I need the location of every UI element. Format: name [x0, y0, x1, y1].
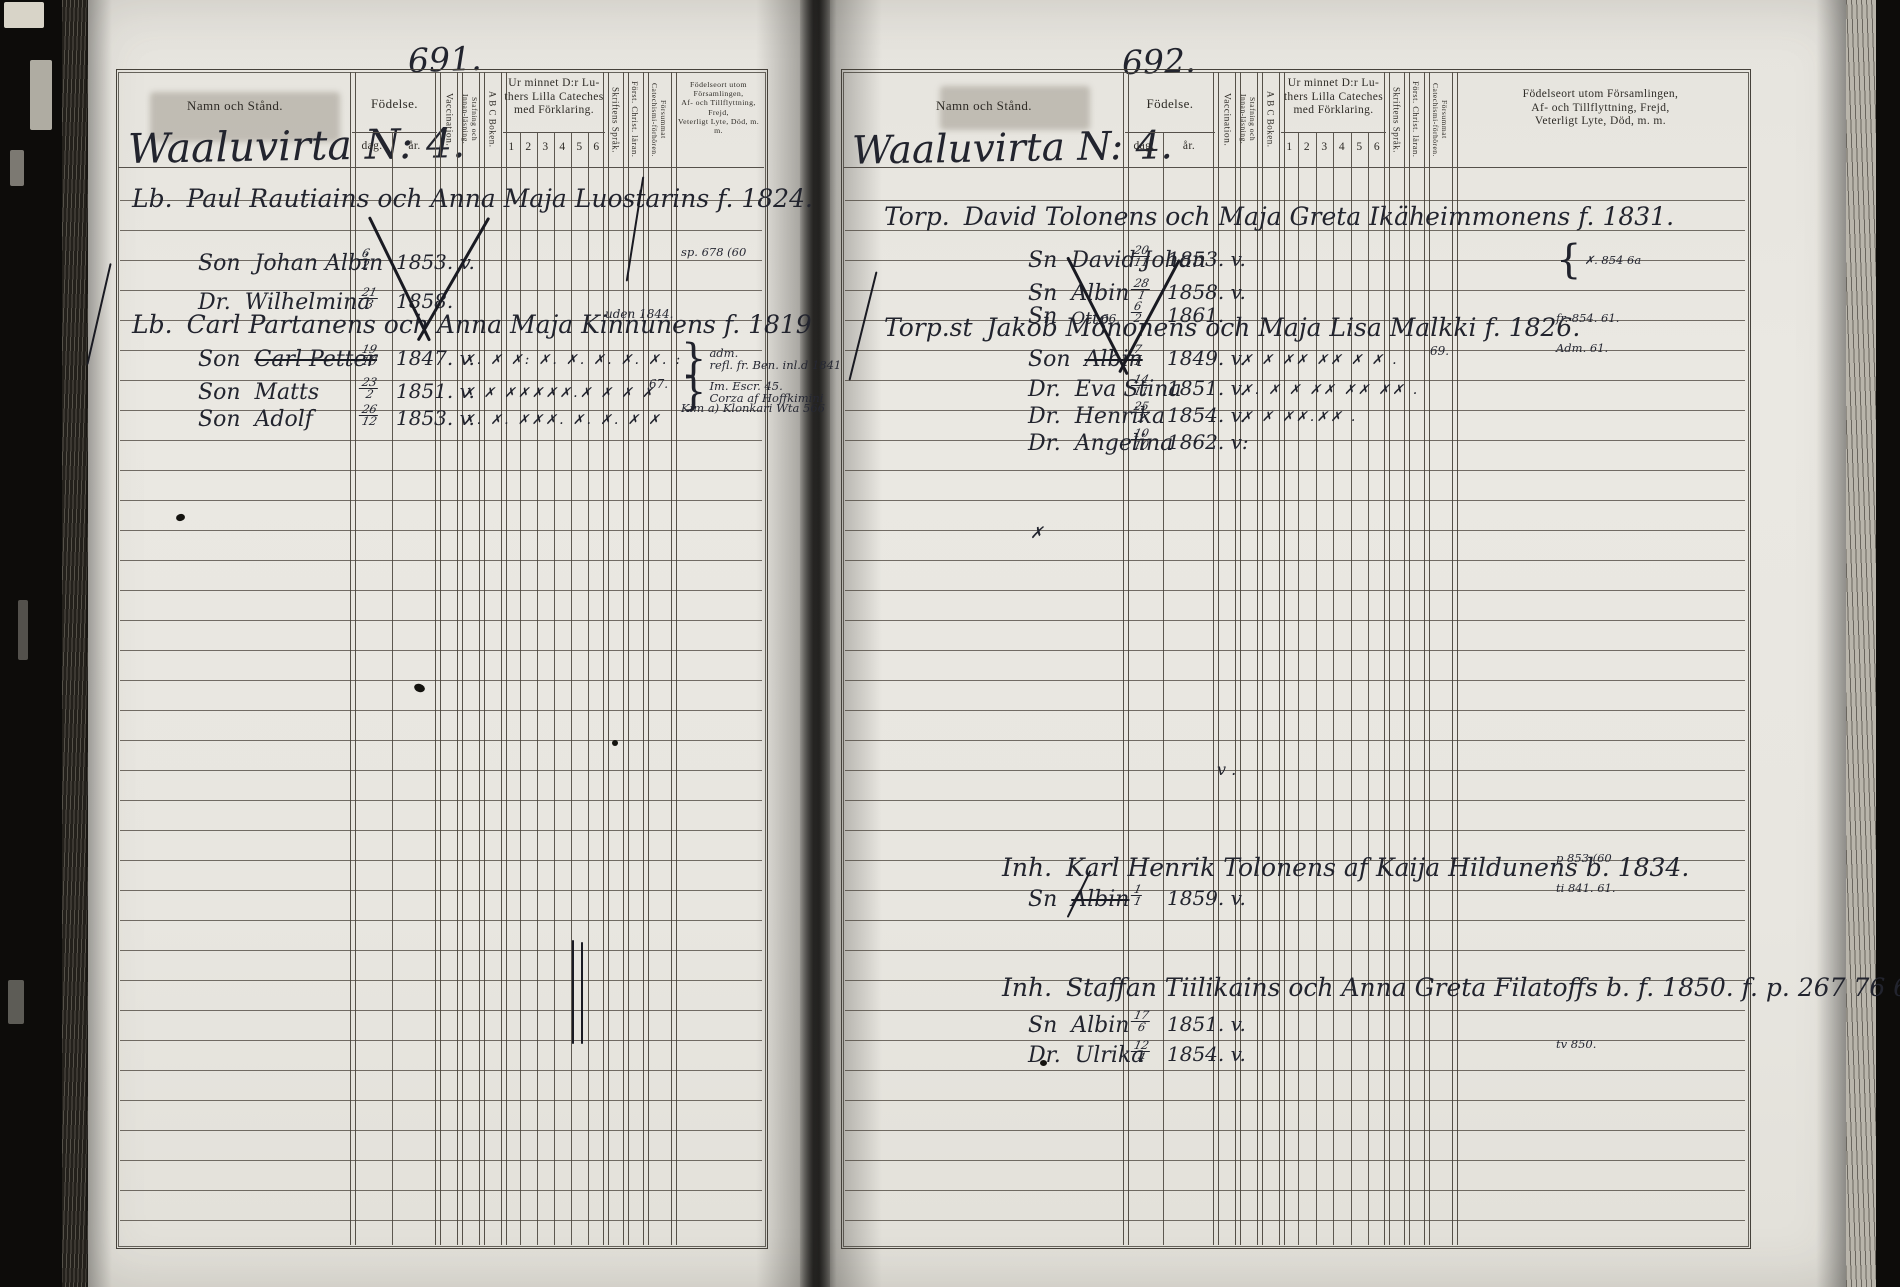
column-header-catechism-6: 6: [588, 141, 605, 155]
ruled-line: [845, 470, 1745, 471]
note-brace: {: [1556, 243, 1581, 277]
ruled-line: [845, 530, 1745, 531]
note-text: tv 850.: [1556, 1038, 1596, 1051]
ruled-line: [845, 770, 1745, 771]
column-header-missed-exams: Försummat Catechismi-förhören.: [1431, 83, 1449, 157]
ruled-line: [845, 710, 1745, 711]
entry-birth-day: 1010: [1132, 428, 1151, 451]
header-subline: [503, 132, 605, 133]
note-text: sp. 678 (60: [681, 246, 746, 259]
entry-name: Paul Rautiains och Anna Maja Luostarins …: [187, 184, 813, 213]
ruled-line: [120, 650, 762, 651]
entry-prefix: Lb.: [132, 184, 173, 213]
entry-name: Staffan Tiilikains och Anna Greta Filato…: [1066, 973, 1900, 1002]
ruled-line: [845, 1190, 1745, 1191]
entry-birth-day: 2612: [360, 404, 379, 427]
handwritten-entry: Torp.stJakob Mononens och Maja Lisa Malk…: [884, 308, 1580, 342]
entry-note: ti 841. 61.: [1556, 882, 1616, 895]
column-header-catechism-3: 3: [537, 141, 554, 155]
column-header-abc-book-wrap: A B C Boken.: [481, 74, 503, 165]
column-header-spelling-wrap: Stafning och Innan-läsning.: [459, 74, 481, 165]
entry-note: tv 850.: [1556, 1038, 1596, 1051]
ruled-line: [120, 800, 762, 801]
entry-premark: 66.: [1101, 312, 1120, 326]
entry-birth-year: 1862. v:: [1167, 430, 1249, 454]
ruled-line: [845, 920, 1745, 921]
ruled-line: [845, 1010, 1745, 1011]
column-header-missed-exams-wrap: Försummat Catechismi-förhören.: [1426, 74, 1454, 165]
entry-prefix: Inh.: [1002, 973, 1052, 1002]
note-text: fr. 854. 61.: [1556, 312, 1619, 325]
column-header-catechism-5: 5: [571, 141, 588, 155]
ruled-line: [120, 740, 762, 741]
column-header-catechism-6: 6: [1368, 141, 1386, 155]
pen-stroke: [581, 942, 583, 1044]
ink-smudge: [612, 740, 618, 746]
entry-prefix: Sn: [1028, 887, 1057, 912]
entry-grade: 69.: [1430, 344, 1449, 358]
entry-name: Angelina: [1075, 431, 1174, 456]
ruled-line: [120, 1010, 762, 1011]
header-subline: [1125, 132, 1215, 133]
entry-prefix: Sn: [1028, 248, 1057, 273]
note-text: p 853 (60: [1556, 852, 1612, 865]
column-header-catechism: Ur minnet D:r Lu- thers Lilla Cateches m…: [503, 77, 605, 118]
entry-note: p 853 (60: [1556, 852, 1612, 865]
ruled-line: [845, 590, 1745, 591]
scanned-book-spread: 691. 692. Waaluvirta N: 4. Waaluvirta N:…: [0, 0, 1900, 1287]
column-header-birth-day: dag.: [1125, 140, 1163, 154]
column-header-catechism-2: 2: [1298, 141, 1316, 155]
column-header-abc-book: A B C Boken.: [487, 91, 498, 148]
entry-prefix: Torp.: [884, 202, 950, 231]
column-subline: [554, 132, 555, 1245]
column-header-catechism-4: 4: [554, 141, 571, 155]
handwritten-entry: Lb.Paul Rautiains och Anna Maja Luostari…: [132, 179, 813, 213]
column-header-catechism: Ur minnet D:r Lu- thers Lilla Cateches m…: [1281, 77, 1386, 118]
ruled-line: [120, 1160, 762, 1161]
entry-prefix: Torp.st: [884, 313, 973, 342]
column-header-birth-year: år.: [1163, 140, 1215, 154]
ruled-line: [845, 680, 1745, 681]
ruled-line: [120, 1220, 762, 1221]
column-subline: [588, 132, 589, 1245]
handwritten-entry: Lb.Carl Partanens och Anna Maja Kinnunen…: [132, 305, 812, 339]
entry-marks: ✗. ✗ ✗ ✗✗ ✗✗ ✗✗ .: [1241, 382, 1420, 398]
column-subline: [1368, 132, 1369, 1245]
column-header-spelling: Stafning och Innan-läsning.: [461, 94, 479, 144]
column-subline: [571, 132, 572, 1245]
entry-prefix: Dr.: [1028, 431, 1061, 456]
entry-note: {✗. 854 6a: [1556, 243, 1641, 277]
ruled-line: [845, 650, 1745, 651]
handwritten-entry: SnAlbin: [1028, 1004, 1129, 1038]
record-tables: Namn och Stånd.Födelse.dag.år.Ur minnet …: [0, 0, 1900, 1287]
ruled-line: [120, 1040, 762, 1041]
ruled-line: [120, 1190, 762, 1191]
ruled-line: [120, 830, 762, 831]
ruled-line: [845, 740, 1745, 741]
column-subline: [520, 132, 521, 1245]
entry-birth-day: 124: [1132, 1040, 1151, 1063]
ruled-line: [845, 350, 1745, 351]
entry-prefix: Son: [198, 347, 241, 372]
ruled-line: [845, 950, 1745, 951]
note-text: Adm. 61.: [1556, 342, 1608, 355]
ruled-line: [120, 710, 762, 711]
column-header-vaccination-wrap: Vaccination.: [437, 74, 459, 165]
ruled-line: [120, 440, 762, 441]
ruled-line: [845, 830, 1745, 831]
entry-birth-day: 62: [360, 248, 371, 271]
ruled-line: [845, 380, 1745, 381]
ruled-line: [845, 560, 1745, 561]
entry-marks: ✗ ✗ ✗✗✗✗✗.✗ ✗ ✗ ✗: [463, 385, 656, 401]
ruled-line: [845, 500, 1745, 501]
handwritten-entry: SonAdolf: [198, 398, 313, 432]
ruled-line: [120, 1100, 762, 1101]
handwritten-entry: SonAlbin: [1028, 338, 1143, 372]
entry-prefix: Son: [198, 407, 241, 432]
entry-grade: 67.: [649, 377, 668, 391]
column-header-vaccination: Vaccination.: [1221, 93, 1232, 146]
handwritten-entry: Torp.David Tolonens och Maja Greta Ikähe…: [884, 197, 1674, 231]
column-header-christian-doctrine-wrap: Först. Christ. läran.: [1406, 74, 1426, 165]
ruled-line: [845, 1070, 1745, 1071]
entry-name: Adolf: [255, 407, 313, 432]
ruled-line: [120, 230, 762, 231]
ink-smudge: [1040, 1060, 1047, 1066]
entry-birth-year: 1851. v.: [1167, 376, 1246, 400]
column-header-birth: Födelse.: [352, 96, 437, 111]
ruled-line: [845, 620, 1745, 621]
ruled-line: [845, 290, 1745, 291]
column-header-spelling-wrap: Stafning och Innan-läsning.: [1237, 74, 1259, 165]
column-subline: [1298, 132, 1299, 1245]
handwritten-entry: Inh.Staffan Tiilikains och Anna Greta Fi…: [1002, 968, 1900, 1002]
entry-birth-year: 1851. v.: [1167, 1012, 1246, 1036]
column-subline: [1333, 132, 1334, 1245]
ruled-line: [120, 1070, 762, 1071]
column-header-script-language-wrap: Skriftens Språk.: [605, 74, 625, 165]
column-subline: [392, 132, 393, 1245]
entry-birth-year: 1854. v.: [1167, 403, 1246, 427]
entry-birth-year: 1859. v.: [1167, 886, 1246, 910]
handwritten-entry: SonJohan Albin: [198, 242, 383, 276]
note-text: adm. refl. fr. Ben. inl.d 1841: [709, 347, 841, 372]
header-subline: [1281, 132, 1386, 133]
column-header-catechism-1: 1: [503, 141, 520, 155]
ruled-line: [120, 500, 762, 501]
ruled-line: [120, 530, 762, 531]
entry-birth-year: 1858. v.: [1167, 280, 1246, 304]
ruled-line: [845, 1100, 1745, 1101]
column-header-catechism-5: 5: [1351, 141, 1368, 155]
entry-birth-day: 2011: [1132, 245, 1151, 268]
column-header-abc-book-wrap: A B C Boken.: [1259, 74, 1281, 165]
ruled-line: [120, 920, 762, 921]
ruled-line: [845, 1160, 1745, 1161]
entry-birth-day: 1910: [360, 344, 379, 367]
column-header-catechism-3: 3: [1316, 141, 1333, 155]
column-header-spelling: Stafning och Innan-läsning.: [1239, 94, 1257, 144]
column-subline: [1316, 132, 1317, 1245]
entry-birth-day: 176: [1132, 1010, 1151, 1033]
column-header-birth-day: dag.: [352, 140, 392, 154]
ruled-line: [845, 440, 1745, 441]
column-header-notes: Födelseort utom Församlingen, Af- och Ti…: [673, 80, 764, 135]
entry-note: Kim a) Klonkari Wta 566: [681, 402, 825, 415]
column-header-christian-doctrine: Först. Christ. läran.: [1411, 81, 1421, 157]
ruled-line: [120, 470, 762, 471]
ruled-line: [845, 800, 1745, 801]
column-header-name: Namn och Stånd.: [843, 98, 1125, 113]
column-header-catechism-4: 4: [1333, 141, 1351, 155]
ruled-line: [120, 770, 762, 771]
entry-marks: ✗. ✗. ✗✗✗. ✗. ✗. ✗ ✗: [463, 412, 662, 428]
stray-pen-mark: ✗: [1030, 523, 1043, 542]
entry-note: Adm. 61.: [1556, 342, 1608, 355]
note-text: ✗. 854 6a: [1584, 254, 1641, 267]
ruled-line: [120, 890, 762, 891]
entry-marks: ✗. ✗ ✗: ✗. ✗. ✗. ✗. ✗. :: [463, 352, 683, 368]
header-bottom-line: [843, 167, 1747, 168]
entry-birth-year: 1849. v.: [1167, 346, 1246, 370]
entry-name: David Tolonens och Maja Greta Ikäheimmon…: [964, 202, 1674, 231]
entry-birth-day: 1411: [1132, 374, 1151, 397]
ruled-line: [120, 620, 762, 621]
ruled-line: [120, 860, 762, 861]
header-subline: [352, 132, 437, 133]
ruled-line: [120, 950, 762, 951]
ruled-line: [845, 1130, 1745, 1131]
stray-pen-mark: v .: [1217, 760, 1236, 779]
entry-name: Carl Partanens och Anna Maja Kinnunens f…: [187, 310, 812, 339]
entry-marks: ✗ ✗ ✗✗ ✗✗ ✗ ✗ .: [1241, 352, 1399, 368]
entry-note: sp. 678 (60: [681, 246, 746, 259]
column-header-name: Namn och Stånd.: [118, 98, 352, 113]
column-header-christian-doctrine: Först. Christ. läran.: [630, 81, 640, 157]
column-header-vaccination-wrap: Vaccination.: [1215, 74, 1237, 165]
entry-birth-day: 281: [1132, 278, 1151, 301]
entry-birth-day: 252: [1132, 401, 1151, 424]
ruled-line: [120, 1130, 762, 1131]
entry-midnote: uden 1844.: [605, 307, 673, 321]
column-header-notes: Födelseort utom Församlingen, Af- och Ti…: [1454, 88, 1747, 129]
column-subline: [537, 132, 538, 1245]
entry-note: fr. 854. 61.: [1556, 312, 1619, 325]
column-subline: [1351, 132, 1352, 1245]
ruled-line: [120, 560, 762, 561]
column-header-missed-exams-wrap: Försummat Catechismi-förhören.: [645, 74, 673, 165]
column-header-script-language: Skriftens Språk.: [1391, 87, 1402, 153]
entry-birth-day: 11: [1132, 884, 1143, 907]
entry-birth-year: 1854. v.: [1167, 1042, 1246, 1066]
header-bottom-line: [118, 167, 764, 168]
ruled-line: [120, 680, 762, 681]
column-header-abc-book: A B C Boken.: [1265, 91, 1276, 148]
column-header-birth: Födelse.: [1125, 96, 1215, 111]
note-text: ti 841. 61.: [1556, 882, 1616, 895]
ruled-line: [845, 1220, 1745, 1221]
ruled-line: [120, 590, 762, 591]
column-header-missed-exams: Försummat Catechismi-förhören.: [650, 83, 668, 157]
entry-marks: ✗ ✗ ✗✗.✗✗ .: [1241, 409, 1358, 425]
ruled-line: [120, 980, 762, 981]
entry-birth-day: 232: [360, 377, 379, 400]
column-header-catechism-1: 1: [1281, 141, 1298, 155]
column-header-script-language: Skriftens Språk.: [610, 87, 621, 153]
column-header-catechism-2: 2: [520, 141, 537, 155]
pen-stroke: [572, 940, 574, 1044]
note-text: Kim a) Klonkari Wta 566: [681, 402, 825, 415]
column-header-vaccination: Vaccination.: [443, 93, 454, 146]
column-header-christian-doctrine-wrap: Först. Christ. läran.: [625, 74, 645, 165]
column-header-birth-year: år.: [392, 140, 437, 154]
entry-prefix: Lb.: [132, 310, 173, 339]
column-subline: [1163, 132, 1164, 1245]
column-header-script-language-wrap: Skriftens Språk.: [1386, 74, 1406, 165]
ruled-line: [845, 1040, 1745, 1041]
handwritten-entry: SonCarl Petter: [198, 338, 377, 372]
entry-prefix: Son: [198, 251, 241, 276]
